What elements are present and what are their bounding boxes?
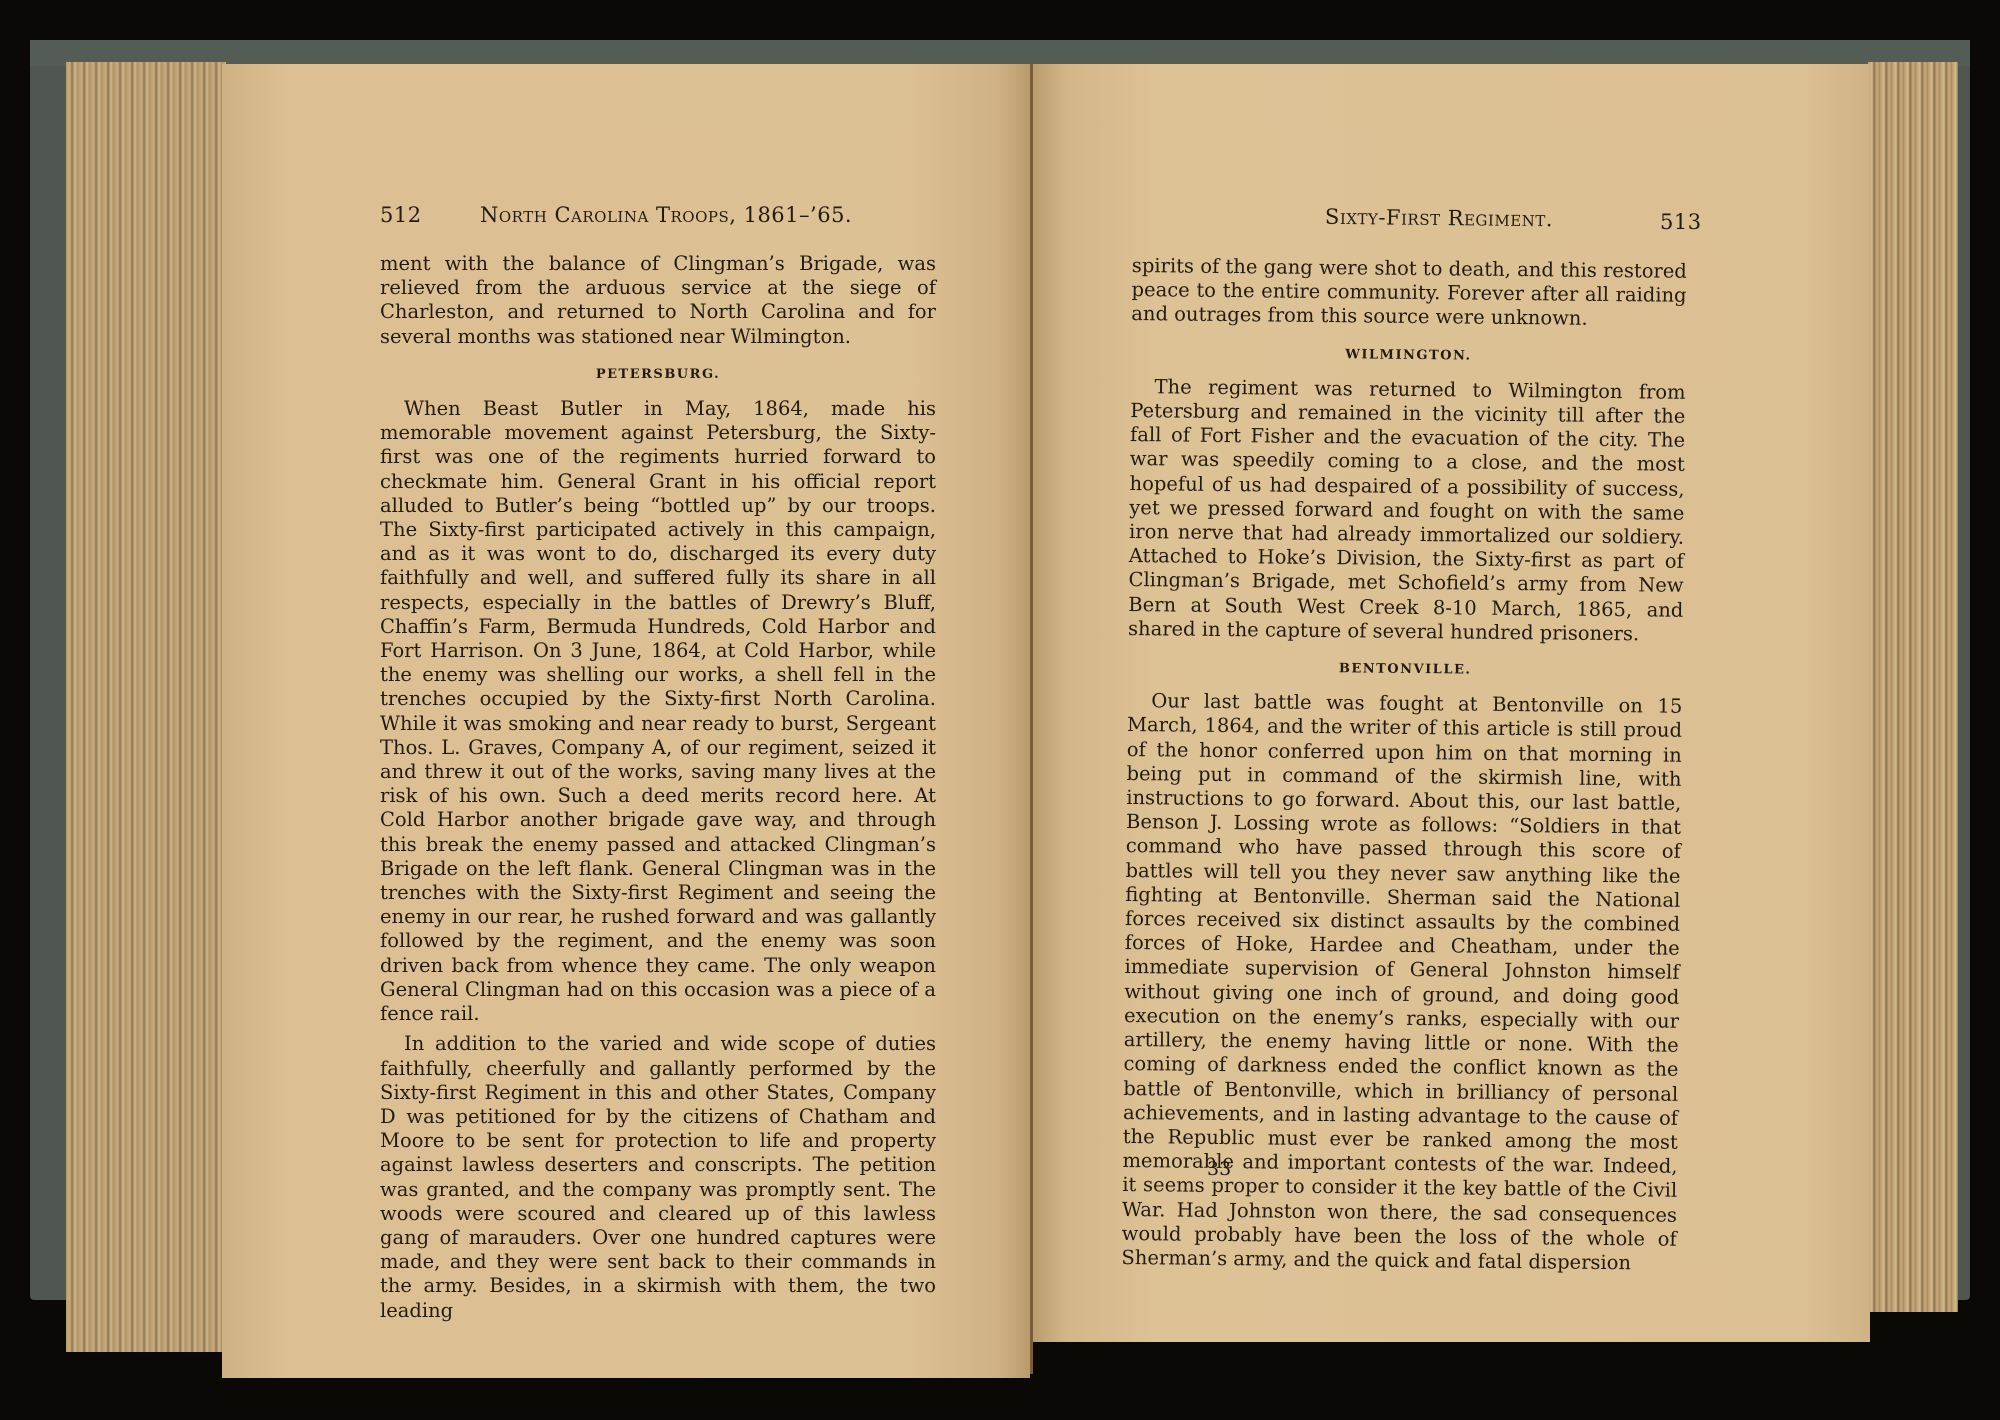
left-page-body: ment with the balance of Clingman’s Brig… <box>380 252 936 1323</box>
section-heading-wilmington: WILMINGTON. <box>1131 341 1686 371</box>
left-running-head: North Carolina Troops, 1861–’65. <box>480 203 852 227</box>
paragraph: When Beast Butler in May, 1864, made his… <box>380 397 936 1026</box>
paragraph: ment with the balance of Clingman’s Brig… <box>380 252 936 349</box>
page-edges-left <box>66 62 226 1352</box>
book-cover-top <box>30 40 1970 66</box>
right-running-head: Sixty-First Regiment. <box>1325 205 1553 231</box>
right-page-body: spirits of the gang were shot to death, … <box>1121 254 1687 1276</box>
section-heading-petersburg: PETERSBURG. <box>380 363 936 387</box>
section-heading-bentonville: BENTONVILLE. <box>1128 655 1683 685</box>
page-edges-right <box>1868 62 1958 1312</box>
book-gutter <box>1030 64 1033 1374</box>
paragraph: spirits of the gang were shot to death, … <box>1131 254 1687 332</box>
signature-mark: 33 <box>1207 1158 1231 1180</box>
paragraph: Our last battle was fought at Bentonvill… <box>1121 689 1682 1276</box>
left-page-number: 512 <box>380 203 422 227</box>
paragraph: The regiment was returned to Wilmington … <box>1128 375 1686 647</box>
paragraph: In addition to the varied and wide scope… <box>380 1032 936 1322</box>
right-page-number: 513 <box>1660 210 1702 234</box>
